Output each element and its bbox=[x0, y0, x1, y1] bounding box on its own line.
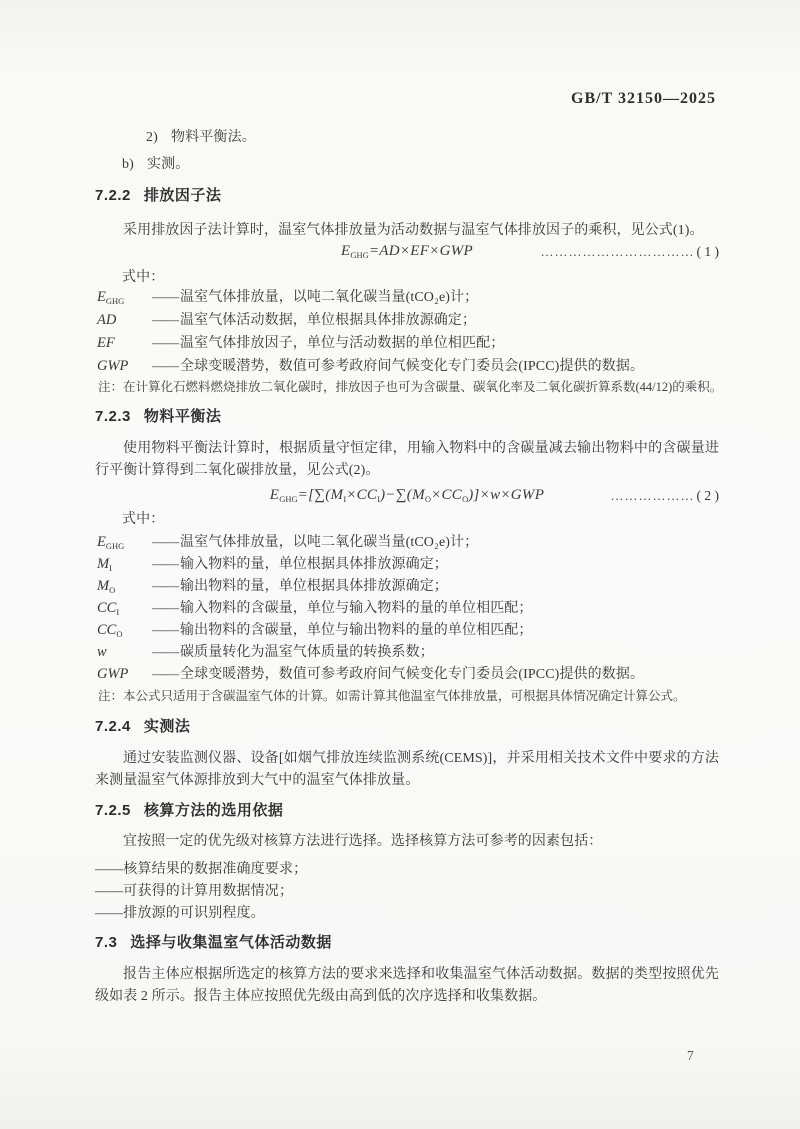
symbol-definition-row: w——碳质量转化为温室气体质量的转换系数； bbox=[97, 641, 719, 661]
symbol-description: 温室气体排放量，以吨二氧化碳当量(tCO₂e)计； bbox=[180, 290, 478, 305]
section-number: 7.2.2 bbox=[95, 187, 131, 204]
symbol: CCO bbox=[97, 622, 152, 639]
formula-2-number: ………………( 2 ) bbox=[611, 488, 720, 505]
symbol: MO bbox=[97, 578, 152, 595]
symbol-definition-row: MI——输入物料的量，单位根据具体排放源确定； bbox=[97, 553, 719, 573]
symbol-description: 全球变暖潜势，数值可参考政府间气候变化专门委员会(IPCC)提供的数据。 bbox=[180, 667, 644, 682]
section-title: 排放因子法 bbox=[144, 187, 222, 204]
section-heading-7-3: 7.3选择与收集温室气体活动数据 bbox=[95, 931, 332, 952]
paragraph-7-2-4: 通过安装监测仪器、设备[如烟气排放连续监测系统(CEMS)]，并采用相关技术文件… bbox=[95, 748, 719, 792]
dash: —— bbox=[152, 313, 178, 329]
page-number: 7 bbox=[687, 1048, 694, 1064]
dash: —— bbox=[152, 557, 178, 573]
symbol-description: 输入物料的含碳量，单位与输入物料的量的单位相匹配； bbox=[180, 601, 533, 616]
symbol: AD bbox=[97, 312, 152, 329]
symbol-definition-row: MO——输出物料的量，单位根据具体排放源确定； bbox=[97, 575, 719, 595]
section-number: 7.3 bbox=[95, 934, 117, 951]
formula-2-expression: EGHG=[∑(MI×CCI)−∑(MO×CCO)]×w×GWP bbox=[270, 487, 544, 503]
symbol: EGHG bbox=[97, 289, 152, 306]
where-label: 式中： bbox=[122, 266, 164, 286]
dash: —— bbox=[152, 290, 178, 306]
dash: —— bbox=[152, 623, 178, 639]
dash: —— bbox=[152, 667, 178, 683]
section-title: 实测法 bbox=[144, 718, 191, 735]
paragraph-7-2-5: 宜按照一定的优先级对核算方法进行选择。选择核算方法可参考的因素包括： bbox=[95, 831, 719, 853]
symbol-description: 温室气体排放因子，单位与活动数据的单位相匹配； bbox=[180, 336, 504, 351]
section-heading-7-2-5: 7.2.5核算方法的选用依据 bbox=[95, 799, 283, 820]
section-number: 7.2.5 bbox=[95, 802, 131, 819]
symbol-definition-row: EGHG——温室气体排放量，以吨二氧化碳当量(tCO₂e)计； bbox=[97, 286, 719, 306]
list-marker: b) bbox=[122, 157, 134, 173]
symbol-definition-row: CCI——输入物料的含碳量，单位与输入物料的量的单位相匹配； bbox=[97, 597, 719, 617]
dash: —— bbox=[152, 579, 178, 595]
symbol-definition-row: AD——温室气体活动数据，单位根据具体排放源确定； bbox=[97, 309, 719, 329]
list-marker: 2) bbox=[146, 130, 158, 146]
dash: —— bbox=[152, 359, 178, 375]
symbol-description: 输出物料的量，单位根据具体排放源确定； bbox=[180, 579, 448, 594]
where-label: 式中： bbox=[122, 508, 164, 528]
factor-item: ——可获得的计算用数据情况； bbox=[95, 880, 293, 900]
dot-leader: …………………………… bbox=[541, 244, 695, 259]
dot-leader: ……………… bbox=[611, 488, 695, 503]
symbol-definition-row: GWP——全球变暖潜势，数值可参考政府间气候变化专门委员会(IPCC)提供的数据… bbox=[97, 355, 719, 375]
formula-1-expression: EGHG=AD×EF×GWP bbox=[341, 243, 473, 259]
list-item-b: b)实测。 bbox=[122, 153, 189, 173]
factor-item: ——核算结果的数据准确度要求； bbox=[95, 858, 307, 878]
symbol-definition-row: EGHG——温室气体排放量，以吨二氧化碳当量(tCO₂e)计； bbox=[97, 531, 719, 551]
note-7-2-2: 注：在计算化石燃料燃烧排放二氧化碳时，排放因子也可为含碳量、碳氧化率及二氧化碳折… bbox=[98, 377, 720, 395]
list-item-text: 物料平衡法。 bbox=[171, 130, 256, 145]
symbol-definition-row: EF——温室气体排放因子，单位与活动数据的单位相匹配； bbox=[97, 332, 719, 352]
symbol-description: 输入物料的量，单位根据具体排放源确定； bbox=[180, 557, 448, 572]
symbol: GWP bbox=[97, 358, 152, 375]
symbol: EF bbox=[97, 335, 152, 352]
formula-1-number: ……………………………( 1 ) bbox=[541, 244, 720, 261]
list-item-2: 2)物料平衡法。 bbox=[146, 126, 256, 146]
formula-1: EGHG=AD×EF×GWP ……………………………( 1 ) bbox=[95, 243, 719, 260]
symbol: CCI bbox=[97, 600, 152, 617]
symbol: GWP bbox=[97, 666, 152, 683]
section-title: 核算方法的选用依据 bbox=[144, 802, 284, 819]
note-7-2-3: 注：本公式只适用于含碳温室气体的计算。如需计算其他温室气体排放量，可根据具体情况… bbox=[98, 686, 720, 704]
section-number: 7.2.3 bbox=[95, 408, 131, 425]
section-number: 7.2.4 bbox=[95, 718, 131, 735]
symbol-definition-row: CCO——输出物料的含碳量，单位与输出物料的量的单位相匹配； bbox=[97, 619, 719, 639]
symbol-description: 全球变暖潜势，数值可参考政府间气候变化专门委员会(IPCC)提供的数据。 bbox=[180, 359, 644, 374]
symbol-definition-row: GWP——全球变暖潜势，数值可参考政府间气候变化专门委员会(IPCC)提供的数据… bbox=[97, 663, 719, 683]
section-heading-7-2-3: 7.2.3物料平衡法 bbox=[95, 405, 221, 426]
symbol-description: 温室气体排放量，以吨二氧化碳当量(tCO₂e)计； bbox=[180, 535, 478, 550]
paragraph-7-3: 报告主体应根据所选定的核算方法的要求来选择和收集温室气体活动数据。数据的类型按照… bbox=[95, 964, 719, 1008]
dash: —— bbox=[152, 336, 178, 352]
factor-item: ——排放源的可识别程度。 bbox=[95, 902, 265, 922]
dash: —— bbox=[152, 535, 178, 551]
symbol-description: 温室气体活动数据，单位根据具体排放源确定； bbox=[180, 313, 476, 328]
symbol: EGHG bbox=[97, 534, 152, 551]
formula-2: EGHG=[∑(MI×CCI)−∑(MO×CCO)]×w×GWP ………………(… bbox=[95, 487, 719, 504]
section-title: 选择与收集温室气体活动数据 bbox=[130, 934, 332, 951]
dash: —— bbox=[152, 601, 178, 617]
list-item-text: 实测。 bbox=[147, 157, 189, 172]
paragraph-7-2-3: 使用物料平衡法计算时，根据质量守恒定律，用输入物料中的含碳量减去输出物料中的含碳… bbox=[95, 438, 719, 482]
symbol-description: 输出物料的含碳量，单位与输出物料的量的单位相匹配； bbox=[180, 623, 533, 638]
symbol: MI bbox=[97, 556, 152, 573]
symbol: w bbox=[97, 644, 152, 661]
paragraph-7-2-2: 采用排放因子法计算时，温室气体排放量为活动数据与温室气体排放因子的乘积，见公式(… bbox=[95, 220, 719, 242]
standard-number: GB/T 32150—2025 bbox=[571, 90, 716, 108]
section-title: 物料平衡法 bbox=[144, 408, 222, 425]
document-page: GB/T 32150—2025 2)物料平衡法。 b)实测。 7.2.2排放因子… bbox=[0, 0, 800, 1129]
section-heading-7-2-2: 7.2.2排放因子法 bbox=[95, 184, 221, 205]
symbol-description: 碳质量转化为温室气体质量的转换系数； bbox=[180, 645, 434, 660]
section-heading-7-2-4: 7.2.4实测法 bbox=[95, 715, 190, 736]
dash: —— bbox=[152, 645, 178, 661]
